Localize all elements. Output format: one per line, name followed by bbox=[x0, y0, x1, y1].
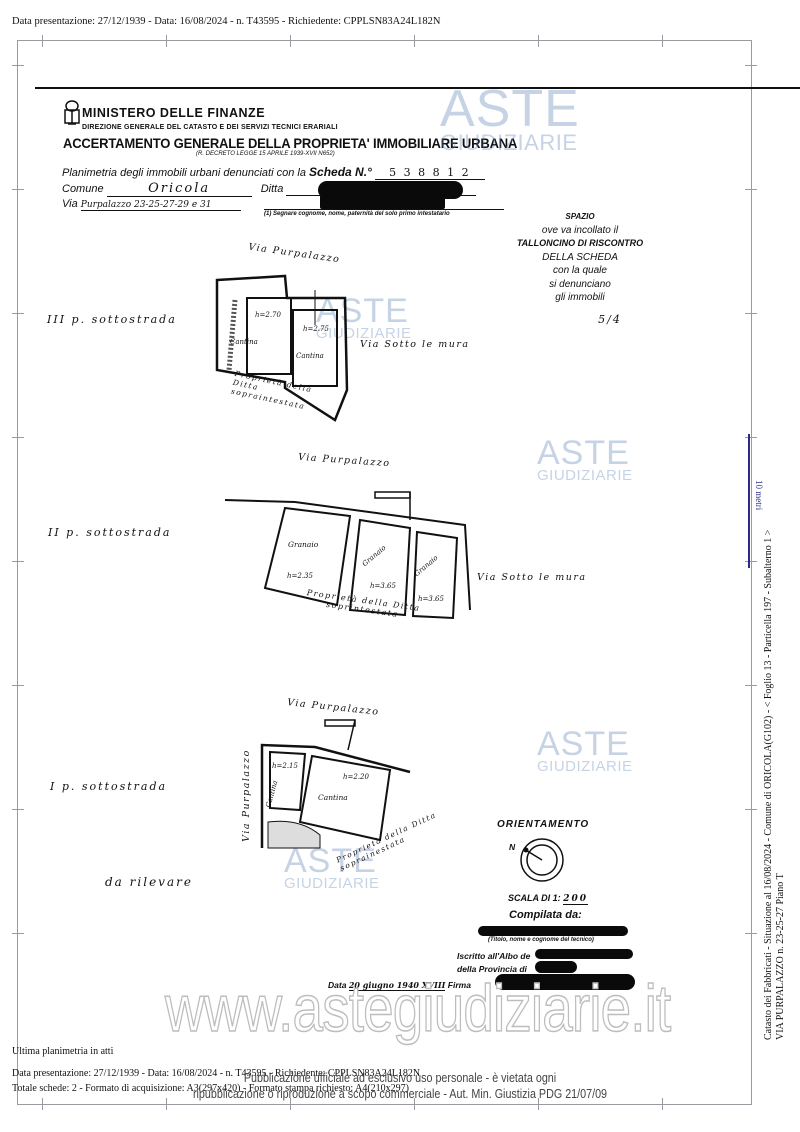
watermark-aste-1: ASTEGIUDIZIARIE bbox=[440, 86, 580, 153]
scale-ratio: SCALA DI 1: 200 bbox=[508, 893, 588, 905]
talloncino-space: SPAZIO ove va incollato il TALLONCINO DI… bbox=[510, 210, 650, 326]
publication-notice-1: Pubblicazione ufficiale ad esclusivo uso… bbox=[202, 1071, 598, 1085]
site-watermark: www.astegiudiziarie.it bbox=[165, 970, 670, 1046]
level-label-1: I p. sottostrada bbox=[50, 780, 167, 793]
street-left-1: Via Purpalazzo bbox=[241, 749, 252, 842]
last-plan-note: Ultima planimetria in atti bbox=[12, 1046, 113, 1057]
via-value: Purpalazzo 23-25-27-29 e 31 bbox=[81, 200, 241, 211]
emblem-icon bbox=[62, 100, 82, 130]
handwritten-note: da rilevare bbox=[105, 875, 193, 889]
redacted-owner-2 bbox=[320, 195, 445, 209]
level-label-2: II p. sottostrada bbox=[48, 526, 171, 539]
header-info: Data presentazione: 27/12/1939 - Data: 1… bbox=[12, 16, 441, 27]
watermark-aste-4: ASTEGIUDIZIARIE bbox=[537, 729, 633, 773]
redacted-technician bbox=[478, 926, 628, 936]
compilata-label: Compilata da: bbox=[509, 909, 582, 921]
comune-value: Oricola bbox=[107, 181, 252, 197]
ministry-direction: DIREZIONE GENERALE DEL CATASTO E DEI SER… bbox=[82, 124, 338, 131]
orientation-title: ORIENTAMENTO bbox=[497, 819, 589, 830]
scan-top-border bbox=[35, 87, 800, 89]
scale-bar-label: 10 metri bbox=[754, 480, 764, 510]
planimetria-line: Planimetria degli immobili urbani denunc… bbox=[62, 165, 485, 180]
ministry-title: MINISTERO DELLE FINANZE bbox=[82, 106, 265, 120]
cadastral-reference: Catasto dei Fabbricati - Situazione al 1… bbox=[763, 530, 787, 1040]
street-right-3: Via Sotto le mura bbox=[360, 339, 470, 350]
owner-note: (1) Segnare cognome, nome, paternità del… bbox=[264, 209, 504, 217]
street-right-2: Via Sotto le mura bbox=[477, 572, 587, 583]
via-line: Via Purpalazzo 23-25-27-29 e 31 bbox=[62, 198, 241, 211]
north-label: N bbox=[509, 842, 515, 852]
redacted-albo bbox=[535, 949, 633, 959]
decree-reference: (R. DECRETO LEGGE 15 APRILE 1939-XVII N6… bbox=[196, 151, 335, 157]
publication-notice-2: ripubblicazione o riproduzione a scopo c… bbox=[176, 1087, 623, 1101]
scale-bar bbox=[748, 434, 750, 568]
watermark-aste-3: ASTEGIUDIZIARIE bbox=[537, 438, 633, 482]
scheda-number: 5 3 8 8 1 2 bbox=[375, 166, 485, 180]
level-label-3: III p. sottostrada bbox=[47, 313, 177, 326]
